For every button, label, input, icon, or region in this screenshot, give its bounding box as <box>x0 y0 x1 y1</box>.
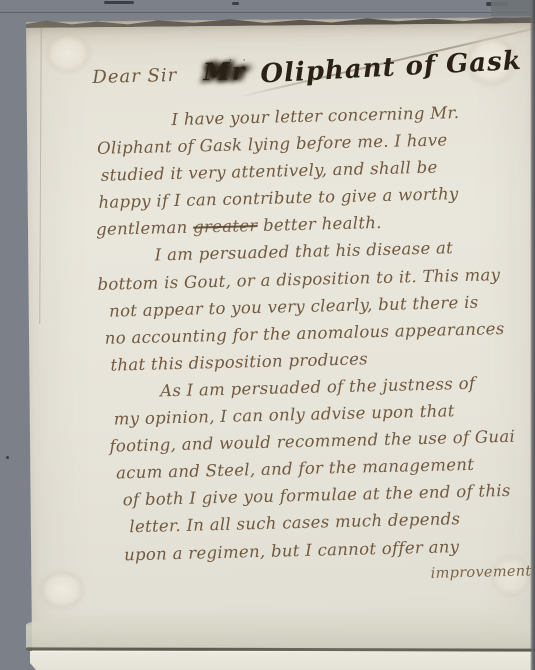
photo-edge-mark <box>104 1 134 4</box>
paper-stain <box>36 568 88 612</box>
paper-stain <box>42 30 94 76</box>
letter-body: Dear Sir Mr Oliphant of Gask I have your… <box>92 49 535 595</box>
salutation: Dear Sir <box>92 65 177 88</box>
photo-backdrop-hairline <box>0 12 535 13</box>
photo-edge-mark <box>232 2 239 5</box>
photo-corner-shadow <box>491 0 535 16</box>
struck-word: greater <box>193 216 258 237</box>
photo-speck <box>6 456 9 459</box>
next-page-edge <box>30 651 535 670</box>
ink-blot-word: Mr <box>203 56 247 86</box>
photo-right-edge <box>530 0 535 670</box>
line-segment: better health. <box>257 213 382 235</box>
line-segment: gentleman <box>96 218 193 239</box>
page-curl-shadow <box>26 610 535 650</box>
